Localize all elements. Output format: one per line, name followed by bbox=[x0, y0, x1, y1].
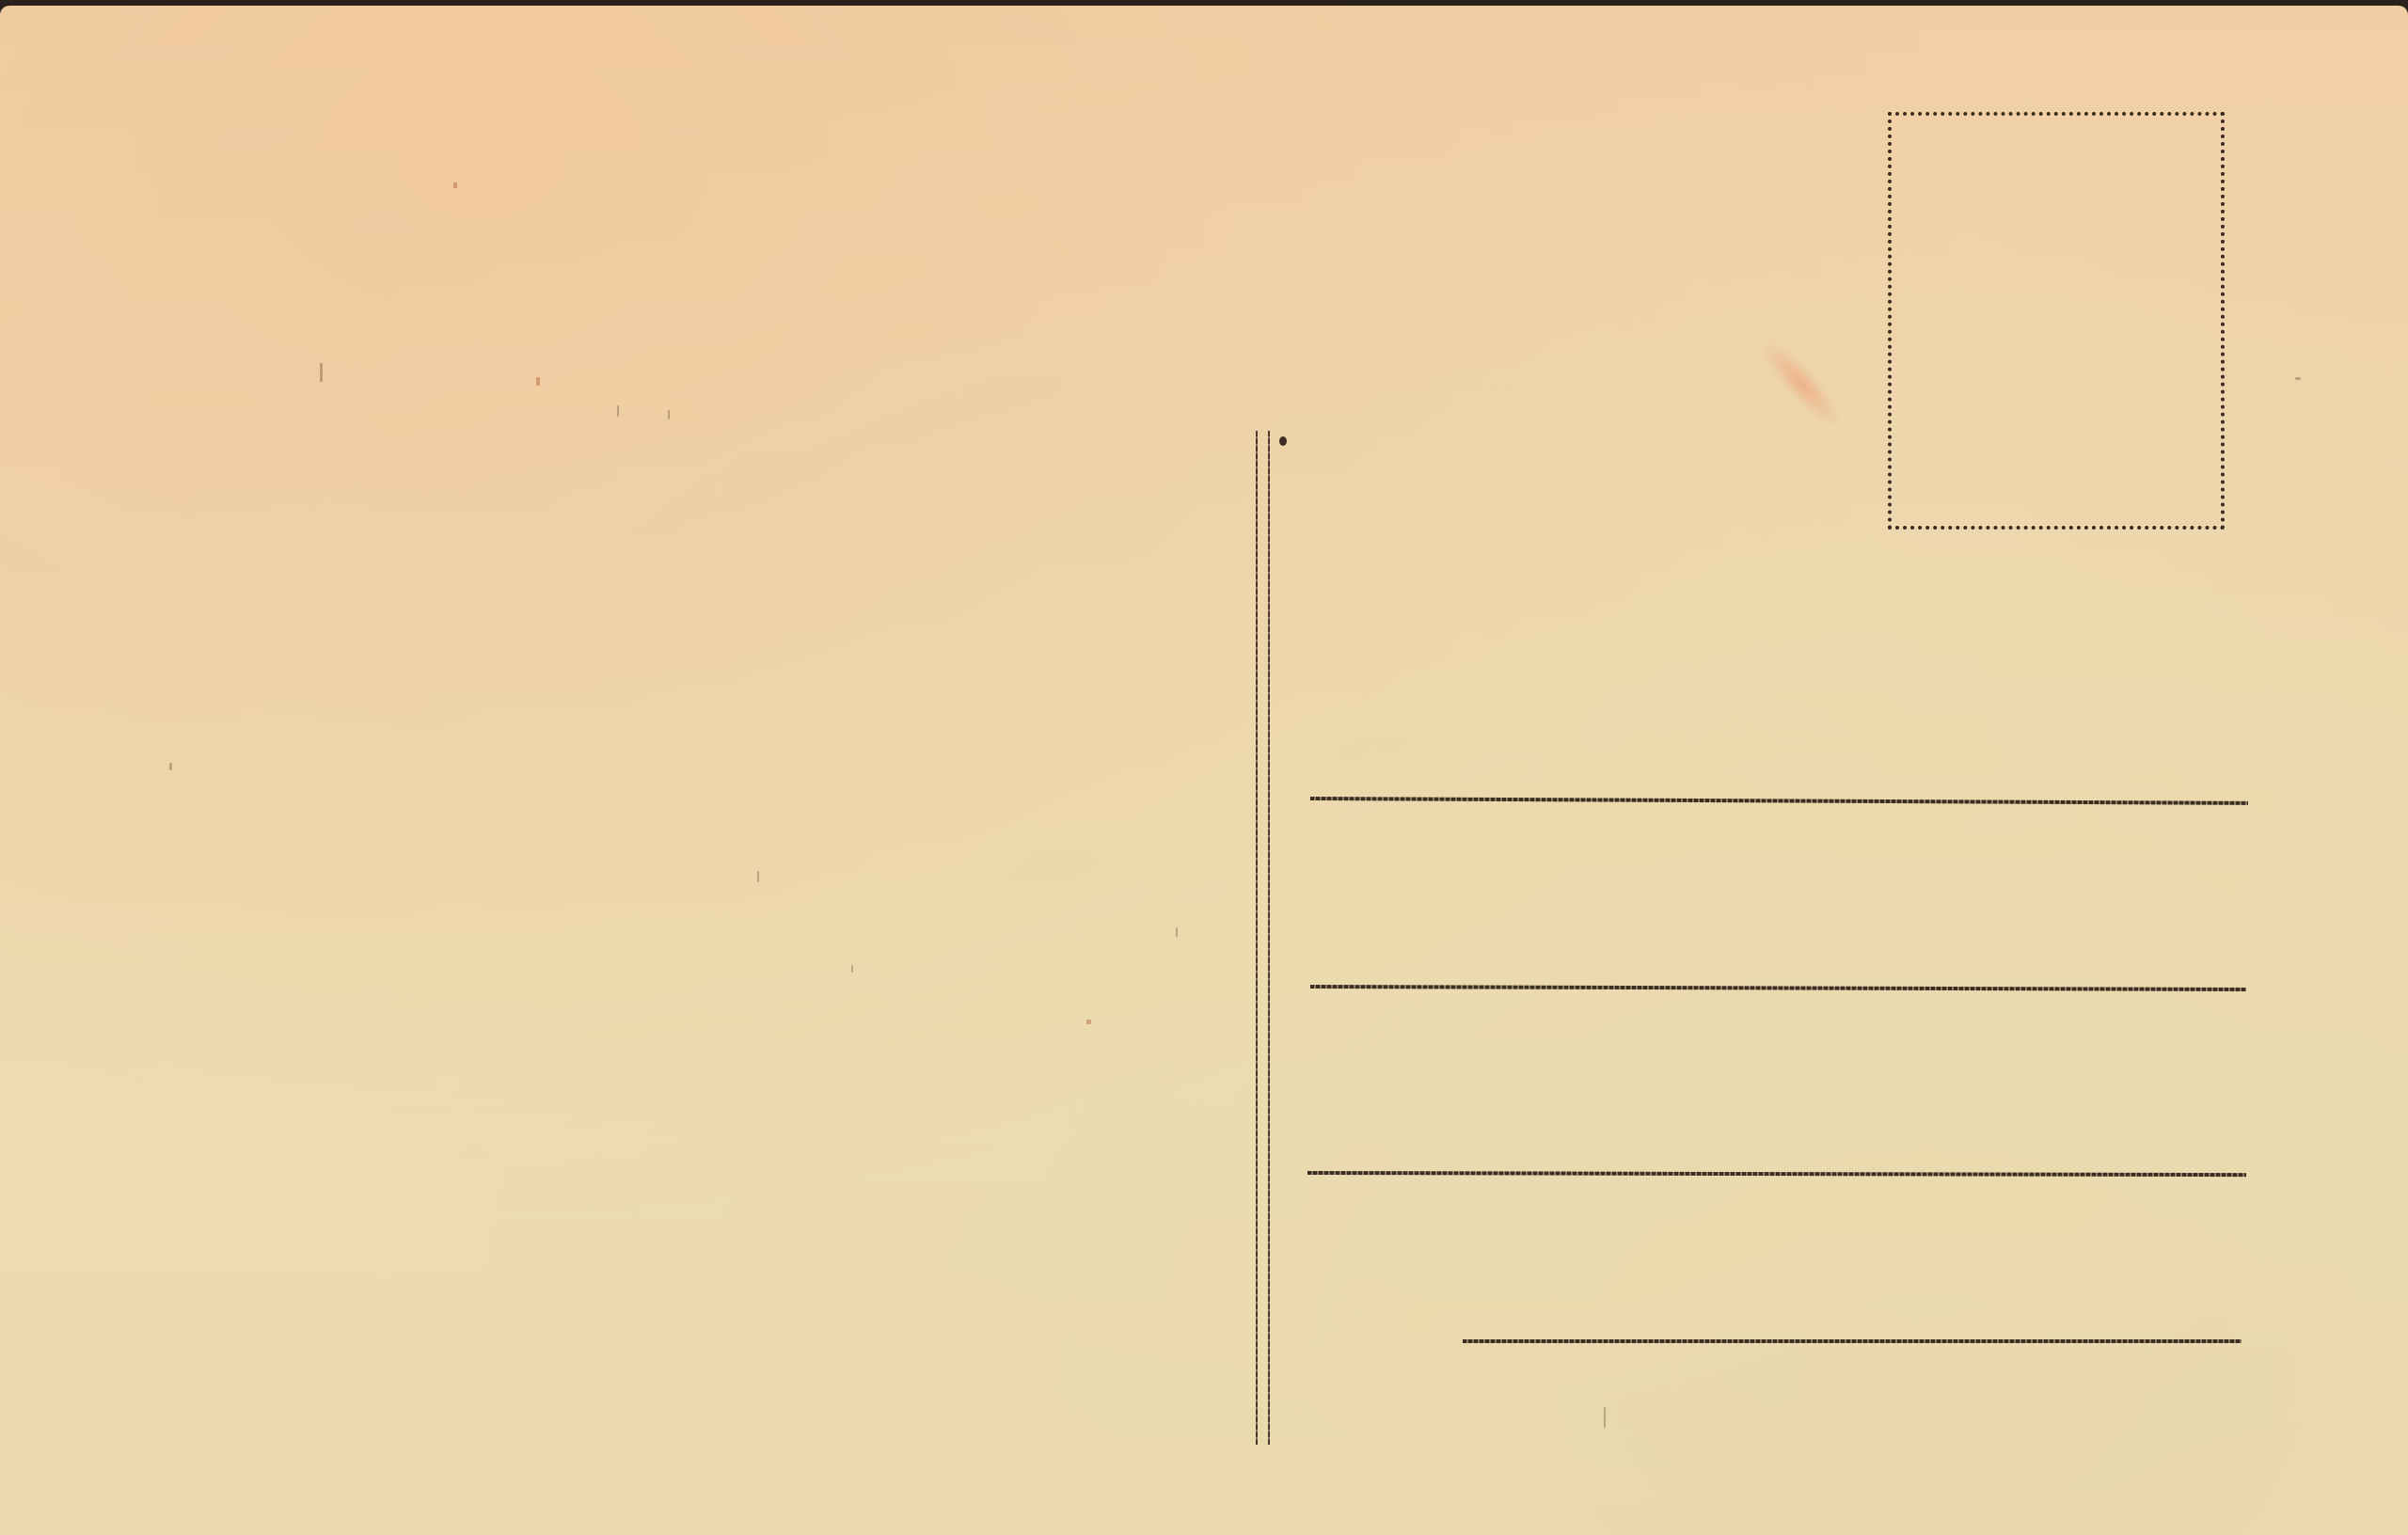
address-line-1 bbox=[1310, 797, 2248, 805]
paper-fleck bbox=[757, 871, 759, 882]
paper-fleck bbox=[1604, 1407, 1606, 1428]
paper-fleck bbox=[851, 965, 853, 973]
postcard-back bbox=[0, 6, 2408, 1535]
center-divider-line-right bbox=[1268, 431, 1270, 1445]
paper-fleck bbox=[617, 405, 619, 417]
paper-fleck bbox=[1176, 927, 1178, 937]
ink-blot bbox=[1279, 436, 1287, 446]
center-divider-line-left bbox=[1256, 431, 1258, 1445]
paper-fleck bbox=[169, 763, 172, 770]
paper-fleck bbox=[1086, 1020, 1091, 1024]
address-line-4 bbox=[1463, 1339, 2242, 1343]
paper-fleck bbox=[668, 410, 670, 419]
stamp-placeholder-box bbox=[1888, 112, 2225, 530]
address-line-3 bbox=[1307, 1171, 2246, 1177]
paper-fleck bbox=[2295, 377, 2301, 380]
paper-fleck bbox=[453, 182, 457, 188]
address-line-2 bbox=[1310, 985, 2246, 991]
paper-fleck bbox=[536, 377, 540, 386]
paper-fleck bbox=[320, 363, 323, 382]
paper-stain bbox=[1751, 331, 1851, 436]
